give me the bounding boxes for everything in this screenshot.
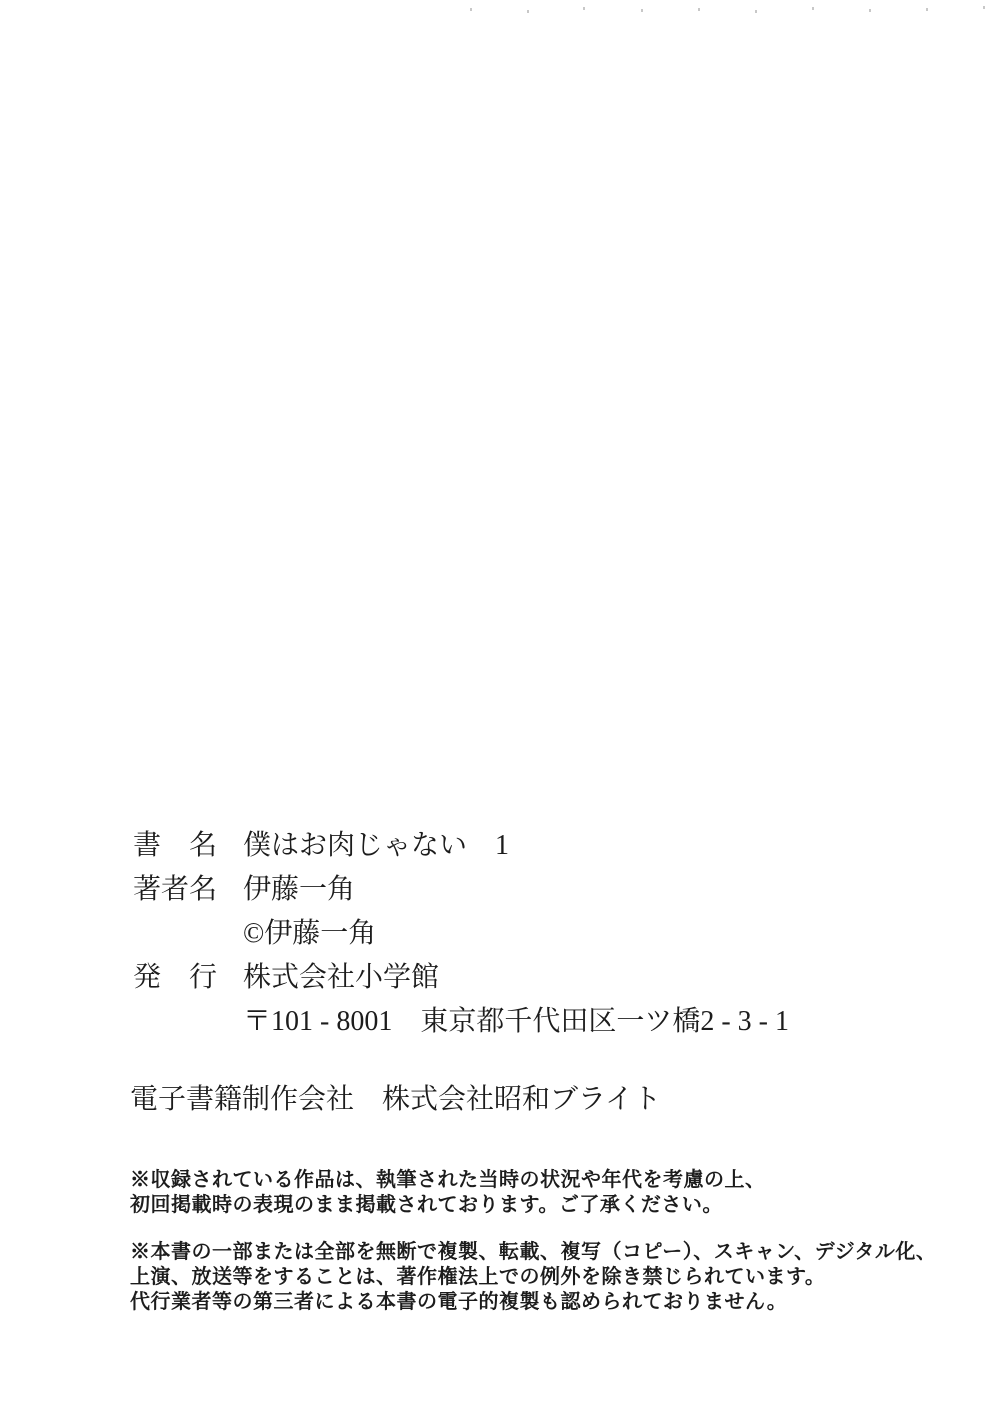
address-label [133, 1000, 243, 1044]
scan-noise-speck [698, 8, 700, 11]
copyright-value: ©伊藤一角 [243, 912, 376, 956]
scan-noise-speck [527, 10, 529, 13]
copyright-row: ©伊藤一角 [133, 912, 789, 956]
scan-noise-speck [755, 10, 757, 13]
copyright-warning-note: ※本書の一部または全部を無断で複製、転載、複写（コピー）、スキャン、デジタル化、… [130, 1240, 936, 1315]
publisher-value: 株式会社小学館 [243, 956, 439, 1000]
address-row: 〒101 - 8001 東京都千代田区一ツ橋2 - 3 - 1 [133, 1000, 789, 1044]
colophon-page: 書 名 僕はお肉じゃない 1 著者名 伊藤一角 ©伊藤一角 発 行 株式会社小学… [0, 0, 1000, 1416]
publisher-row: 発 行 株式会社小学館 [133, 956, 789, 1000]
scan-noise-speck [470, 8, 472, 11]
author-row: 著者名 伊藤一角 [133, 868, 789, 912]
author-value: 伊藤一角 [243, 868, 355, 912]
book-title-label: 書 名 [133, 824, 243, 868]
book-title-row: 書 名 僕はお肉じゃない 1 [133, 824, 789, 868]
ebook-production-line: 電子書籍制作会社 株式会社昭和ブライト [130, 1084, 661, 1116]
scan-noise-speck [926, 8, 928, 11]
scan-noise-speck [583, 7, 585, 10]
author-label: 著者名 [133, 868, 243, 912]
scan-noise-speck [641, 9, 643, 12]
colophon-block: 書 名 僕はお肉じゃない 1 著者名 伊藤一角 ©伊藤一角 発 行 株式会社小学… [133, 824, 789, 1044]
publisher-label: 発 行 [133, 956, 243, 1000]
book-title-value: 僕はお肉じゃない 1 [243, 824, 509, 868]
scan-noise-speck [983, 6, 985, 9]
address-value: 〒101 - 8001 東京都千代田区一ツ橋2 - 3 - 1 [243, 1000, 789, 1044]
scan-noise-speck [869, 9, 871, 12]
content-disclaimer-note: ※収録されている作品は、執筆された当時の状況や年代を考慮の上、 初回掲載時の表現… [130, 1168, 766, 1218]
scan-noise-speck [812, 7, 814, 10]
copyright-label [133, 912, 243, 956]
